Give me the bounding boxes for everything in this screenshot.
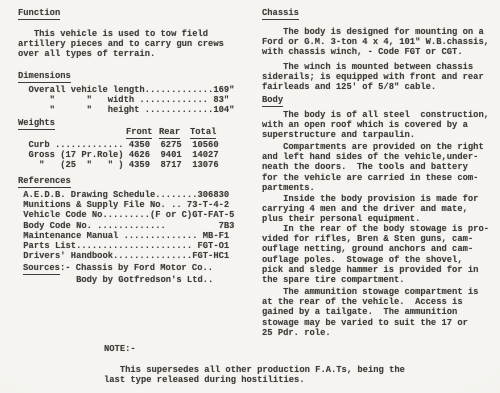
text-line: 25 Pdr. role. xyxy=(262,328,498,338)
reference-line: Munitions & Supply File No. .. 73-T-4-2 xyxy=(18,200,260,210)
weights-column-headers: Front Rear Total xyxy=(18,127,260,138)
body-section-heading: Body xyxy=(262,95,498,107)
text-line: with chassis winch, - Code FGT or CGT. xyxy=(262,47,498,57)
text-line: and left hand sides of the vehicle,under… xyxy=(262,152,498,162)
reference-line: Parts List...................... FGT-O1 xyxy=(18,241,260,251)
dimension-line: " " width ............. 83" xyxy=(18,95,260,105)
heading-body: Body xyxy=(262,95,283,107)
chassis-paragraph-1: The body is designed for mounting on a F… xyxy=(262,27,498,58)
chassis-paragraph-2: The winch is mounted between chassis sid… xyxy=(262,62,498,93)
dimension-line: " " height .............104" xyxy=(18,105,260,115)
body-paragraph-1: The body is of all steel construction, w… xyxy=(262,110,498,141)
dimension-line: Overall vehicle length.............169" xyxy=(18,85,260,95)
text-line: over all types of terrain. xyxy=(18,49,260,59)
sources-block: Sources:- Chassis by Ford Motor Co.. Bod… xyxy=(18,263,260,285)
text-line: at the rear of the vehicle. Access is xyxy=(262,297,498,307)
text-line: This vehicle is used to tow field xyxy=(18,29,260,39)
note-line: This supersedes all other production F.A… xyxy=(104,365,434,375)
note-line: last type released during hostilities. xyxy=(104,375,434,385)
references-list: A.E.D.B. Drawing Schedule........306830 … xyxy=(18,190,260,261)
text-line: ouflage poles. Stowage of the shovel, xyxy=(262,255,498,265)
text-line: The ammunition stowage compartment is xyxy=(262,287,498,297)
body-paragraph-4: In the rear of the body stowage is pro- … xyxy=(262,224,498,285)
sources-label: Sources xyxy=(23,263,60,275)
heading-dimensions: Dimensions xyxy=(18,71,71,83)
text-line: The winch is mounted between chassis xyxy=(262,62,498,72)
text-line: Compartments are provided on the right xyxy=(262,142,498,152)
table-row: " (25 " " ) 4359 8717 13076 xyxy=(18,160,260,170)
text-line: ouflage netting, ground anchors and cam- xyxy=(262,244,498,254)
chassis-section-heading: Chassis xyxy=(262,8,498,20)
text-line: Inside the body provision is made for xyxy=(262,194,498,204)
text-line: vided for rifles, Bren & Sten guns, cam- xyxy=(262,234,498,244)
column-header-total: Total xyxy=(190,127,216,139)
references-section-heading: References xyxy=(18,176,260,188)
body-paragraph-3: Inside the body provision is made for ca… xyxy=(262,194,498,225)
dimensions-list: Overall vehicle length.............169" … xyxy=(18,85,260,116)
reference-line: Drivers' Handbook...............FGT-HC1 xyxy=(18,251,260,261)
heading-function: Function xyxy=(18,8,60,20)
table-row: Gross (17 Pr.Role) 4626 9401 14027 xyxy=(18,150,260,160)
heading-chassis: Chassis xyxy=(262,8,299,20)
text-line: neath the doors. The tools and battery xyxy=(262,162,498,172)
text-line: gained by a tailgate. The ammunition xyxy=(262,307,498,317)
body-paragraph-5: The ammunition stowage compartment is at… xyxy=(262,287,498,338)
dimensions-section-heading: Dimensions xyxy=(18,71,260,83)
text-line: with an open roof which is covered by a xyxy=(262,120,498,130)
note-section: NOTE:- This supersedes all other product… xyxy=(104,344,434,386)
sources-line: Body by Gotfredson's Ltd.. xyxy=(18,275,260,285)
text-line: The body is of all steel construction, xyxy=(262,110,498,120)
sources-text: :- Chassis by Ford Motor Co.. xyxy=(60,263,213,273)
reference-line: Vehicle Code No.........(F or C)GT-FAT-5 xyxy=(18,210,260,220)
text-line: carrying 4 men and the driver and mate, xyxy=(262,204,498,214)
text-line: the spare tire compartment. xyxy=(262,275,498,285)
note-heading: NOTE:- xyxy=(104,344,434,354)
sources-line: Sources:- Chassis by Ford Motor Co.. xyxy=(18,263,260,275)
text-line: superstructure and tarpaulin. xyxy=(262,130,498,140)
left-column: Function This vehicle is used to tow fie… xyxy=(18,0,260,393)
column-header-front: Front xyxy=(126,127,152,139)
text-line: Ford or G.M. 3-ton 4 x 4, 101" W.B.chass… xyxy=(262,37,498,47)
weights-table-rows: Curb ............. 4350 6275 10560 Gross… xyxy=(18,140,260,171)
text-line: for the vehicle are carried in these com… xyxy=(262,173,498,183)
text-line: stowage may be varied to suit the 17 or xyxy=(262,318,498,328)
heading-references: References xyxy=(18,176,71,188)
function-paragraph: This vehicle is used to tow field artill… xyxy=(18,29,260,60)
table-row: Curb ............. 4350 6275 10560 xyxy=(18,140,260,150)
text-line: fairleads and 125' of 5/8" cable. xyxy=(262,82,498,92)
reference-line: A.E.D.B. Drawing Schedule........306830 xyxy=(18,190,260,200)
scanned-document-page: Function This vehicle is used to tow fie… xyxy=(0,0,500,393)
reference-line: Maintenance Manual .............. MB-F1 xyxy=(18,231,260,241)
body-paragraph-2: Compartments are provided on the right a… xyxy=(262,142,498,193)
right-column: Chassis The body is designed for mountin… xyxy=(262,0,498,393)
function-section-heading: Function xyxy=(18,8,260,20)
text-line: The body is designed for mounting on a xyxy=(262,27,498,37)
text-line: partments. xyxy=(262,183,498,193)
text-line: artillery pieces and to carry gun crews xyxy=(18,39,260,49)
reference-line: Body Code No. ............. 7B3 xyxy=(18,221,260,231)
column-header-rear: Rear xyxy=(159,127,180,139)
text-line: In the rear of the body stowage is pro- xyxy=(262,224,498,234)
text-line: siderails; is equipped with front and re… xyxy=(262,72,498,82)
text-line: pick and sledge hammer is provided for i… xyxy=(262,265,498,275)
